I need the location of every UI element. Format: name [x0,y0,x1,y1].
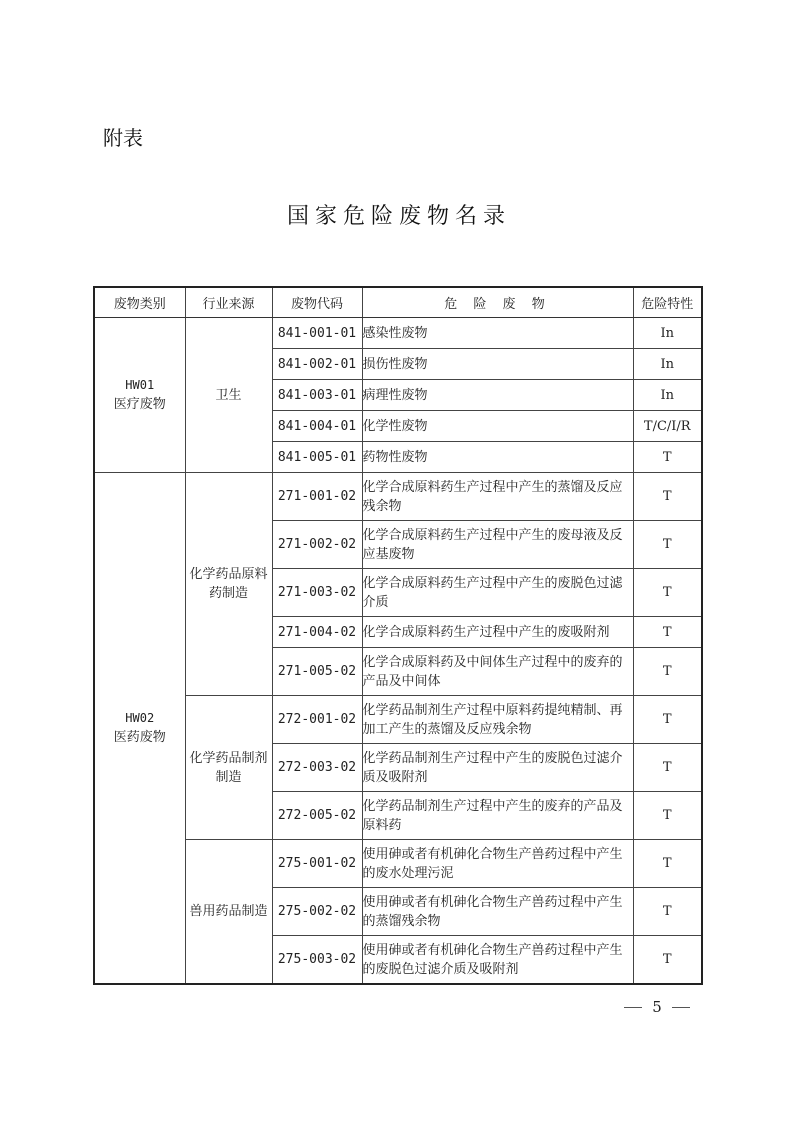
waste-description: 感染性废物 [362,318,633,349]
waste-description: 化学合成原料药及中间体生产过程中的废弃的产品及中间体 [362,648,633,696]
dash-right [672,1007,690,1008]
table-header-row: 废物类别 行业来源 废物代码 危 险 废 物 危险特性 [94,287,702,318]
waste-code: 271-002-02 [272,521,362,569]
waste-code: 271-005-02 [272,648,362,696]
waste-code: 272-001-02 [272,696,362,744]
waste-code: 271-001-02 [272,473,362,521]
hazard-property: In [633,380,702,411]
category-name: 医疗废物 [95,395,185,414]
waste-description: 损伤性废物 [362,349,633,380]
hazard-property: In [633,349,702,380]
industry-source-cell: 卫生 [185,318,272,473]
page-number-value: 5 [652,998,662,1016]
hazard-property: T [633,473,702,521]
annex-label: 附表 [103,125,143,151]
waste-code: 271-004-02 [272,617,362,648]
hazard-property: T [633,696,702,744]
waste-code: 841-001-01 [272,318,362,349]
waste-description: 化学合成原料药生产过程中产生的废母液及反应基废物 [362,521,633,569]
category-cell: HW01 医疗废物 [94,318,185,473]
category-cell: HW02 医药废物 [94,473,185,985]
header-hazardous-waste: 危 险 废 物 [362,287,633,318]
header-industry: 行业来源 [185,287,272,318]
hazardous-waste-table: 废物类别 行业来源 废物代码 危 险 废 物 危险特性 HW01 医疗废物 卫生… [93,286,703,985]
table-row: 化学药品制剂制造 272-001-02 化学药品制剂生产过程中原料药提纯精制、再… [94,696,702,744]
hazard-property: T [633,442,702,473]
category-code: HW01 [95,376,185,395]
header-code: 废物代码 [272,287,362,318]
waste-code: 841-004-01 [272,411,362,442]
hazard-property: T [633,936,702,985]
waste-code: 275-003-02 [272,936,362,985]
hazard-property: T [633,888,702,936]
waste-code: 841-002-01 [272,349,362,380]
hazard-property: T/C/I/R [633,411,702,442]
waste-description: 化学药品制剂生产过程中原料药提纯精制、再加工产生的蒸馏及反应残余物 [362,696,633,744]
hazard-property: T [633,648,702,696]
hazard-property: T [633,840,702,888]
waste-description: 使用砷或者有机砷化合物生产兽药过程中产生的废水处理污泥 [362,840,633,888]
waste-code: 275-002-02 [272,888,362,936]
waste-code: 841-005-01 [272,442,362,473]
hazard-property: In [633,318,702,349]
industry-source-cell: 化学药品原料药制造 [185,473,272,696]
document-title: 国家危险废物名录 [0,202,794,232]
waste-description: 化学药品制剂生产过程中产生的废脱色过滤介质及吸附剂 [362,744,633,792]
waste-code: 272-003-02 [272,744,362,792]
hazard-property: T [633,617,702,648]
waste-code: 275-001-02 [272,840,362,888]
hazard-property: T [633,521,702,569]
table-row: HW01 医疗废物 卫生 841-001-01 感染性废物 In [94,318,702,349]
waste-description: 化学药品制剂生产过程中产生的废弃的产品及原料药 [362,792,633,840]
hazard-property: T [633,792,702,840]
waste-code: 272-005-02 [272,792,362,840]
waste-description: 化学性废物 [362,411,633,442]
waste-description: 化学合成原料药生产过程中产生的废脱色过滤介质 [362,569,633,617]
industry-source-cell: 化学药品制剂制造 [185,696,272,840]
table-row: 兽用药品制造 275-001-02 使用砷或者有机砷化合物生产兽药过程中产生的废… [94,840,702,888]
waste-description: 化学合成原料药生产过程中产生的废吸附剂 [362,617,633,648]
waste-code: 271-003-02 [272,569,362,617]
header-hazard-property: 危险特性 [633,287,702,318]
hazard-property: T [633,569,702,617]
hazard-property: T [633,744,702,792]
waste-code: 841-003-01 [272,380,362,411]
waste-description: 使用砷或者有机砷化合物生产兽药过程中产生的蒸馏残余物 [362,888,633,936]
industry-source-cell: 兽用药品制造 [185,840,272,985]
category-code: HW02 [95,709,185,728]
waste-description: 化学合成原料药生产过程中产生的蒸馏及反应残余物 [362,473,633,521]
header-category: 废物类别 [94,287,185,318]
waste-description: 药物性废物 [362,442,633,473]
waste-description: 使用砷或者有机砷化合物生产兽药过程中产生的废脱色过滤介质及吸附剂 [362,936,633,985]
dash-left [624,1007,642,1008]
category-name: 医药废物 [95,728,185,747]
waste-description: 病理性废物 [362,380,633,411]
page-number: 5 [612,998,702,1016]
table-row: HW02 医药废物 化学药品原料药制造 271-001-02 化学合成原料药生产… [94,473,702,521]
